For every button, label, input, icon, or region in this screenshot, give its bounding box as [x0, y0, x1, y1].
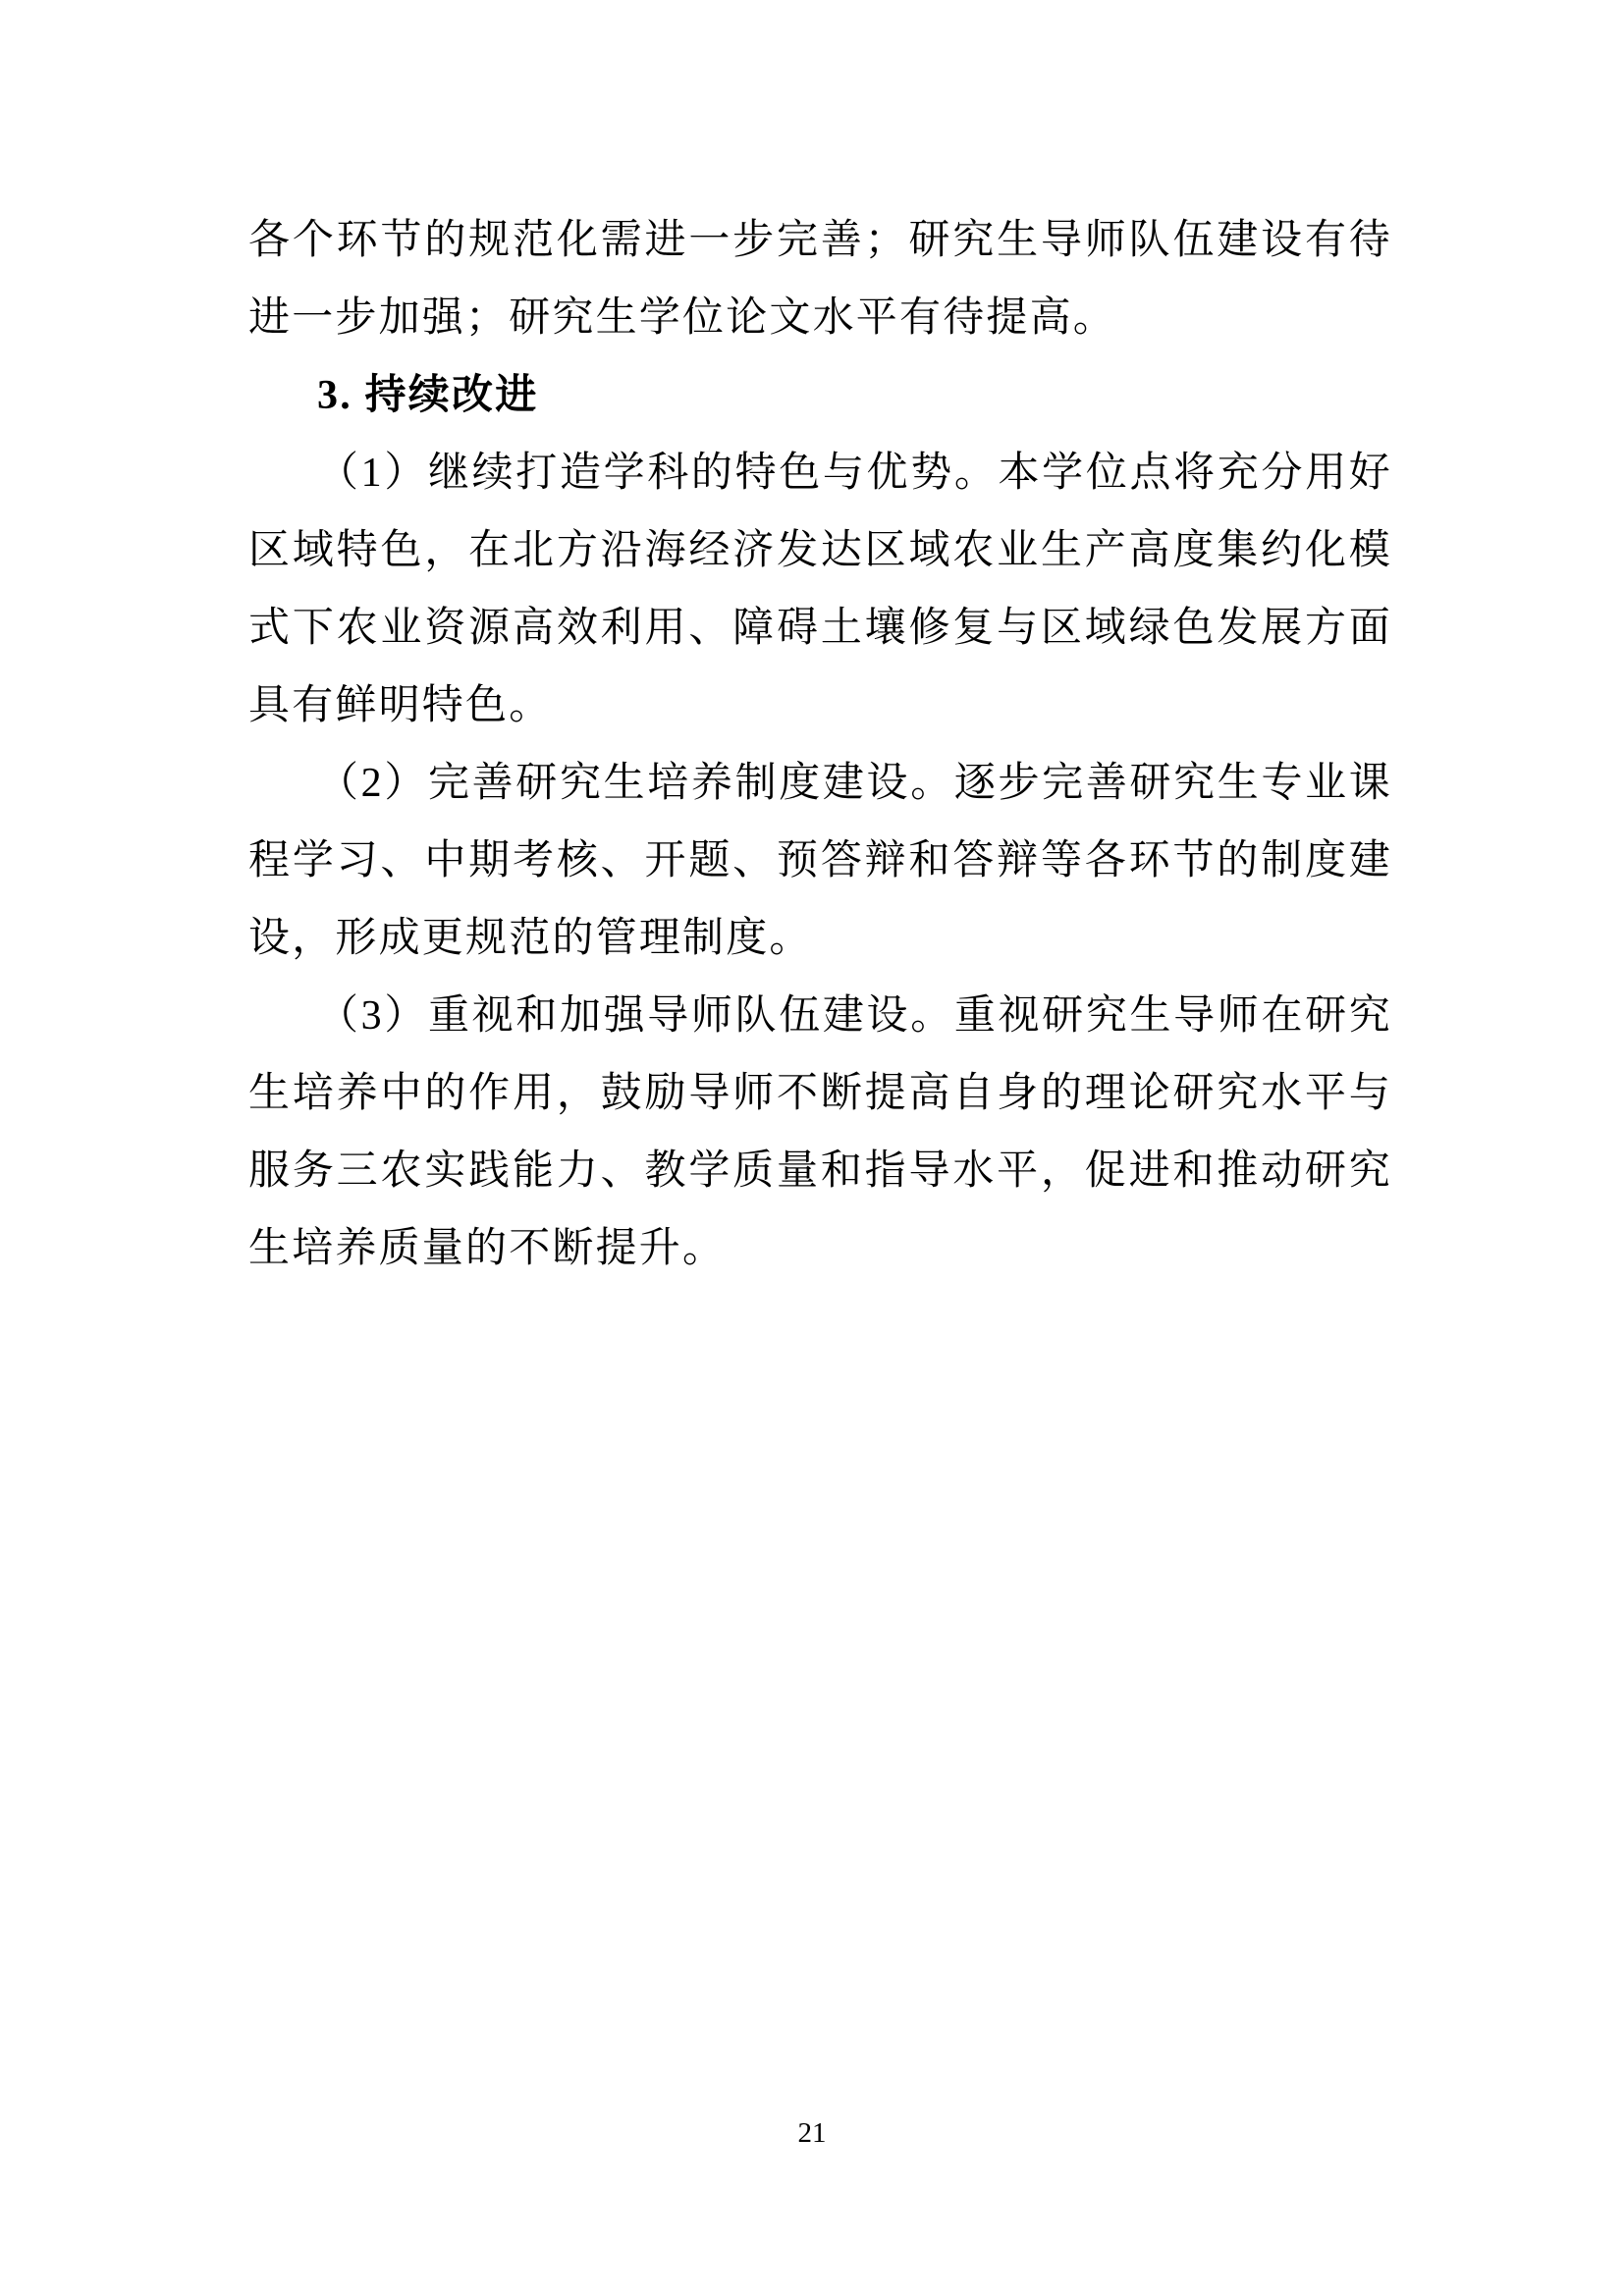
document-page: 各个环节的规范化需进一步完善；研究生导师队伍建设有待进一步加强；研究生学位论文水… — [0, 0, 1624, 2296]
page-number: 21 — [0, 2116, 1624, 2150]
paragraph-item-2: （2）完善研究生培养制度建设。逐步完善研究生专业课程学习、中期考核、开题、预答辩… — [248, 745, 1392, 978]
paragraph-item-3: （3）重视和加强导师队伍建设。重视研究生导师在研究生培养中的作用，鼓励导师不断提… — [248, 978, 1392, 1288]
paragraph-item-1: （1）继续打造学科的特色与优势。本学位点将充分用好区域特色，在北方沿海经济发达区… — [248, 435, 1392, 745]
section-heading-continuous-improvement: 3. 持续改进 — [248, 357, 1392, 435]
paragraph-continuation: 各个环节的规范化需进一步完善；研究生导师队伍建设有待进一步加强；研究生学位论文水… — [248, 202, 1392, 357]
document-text-block: 各个环节的规范化需进一步完善；研究生导师队伍建设有待进一步加强；研究生学位论文水… — [248, 202, 1392, 1288]
